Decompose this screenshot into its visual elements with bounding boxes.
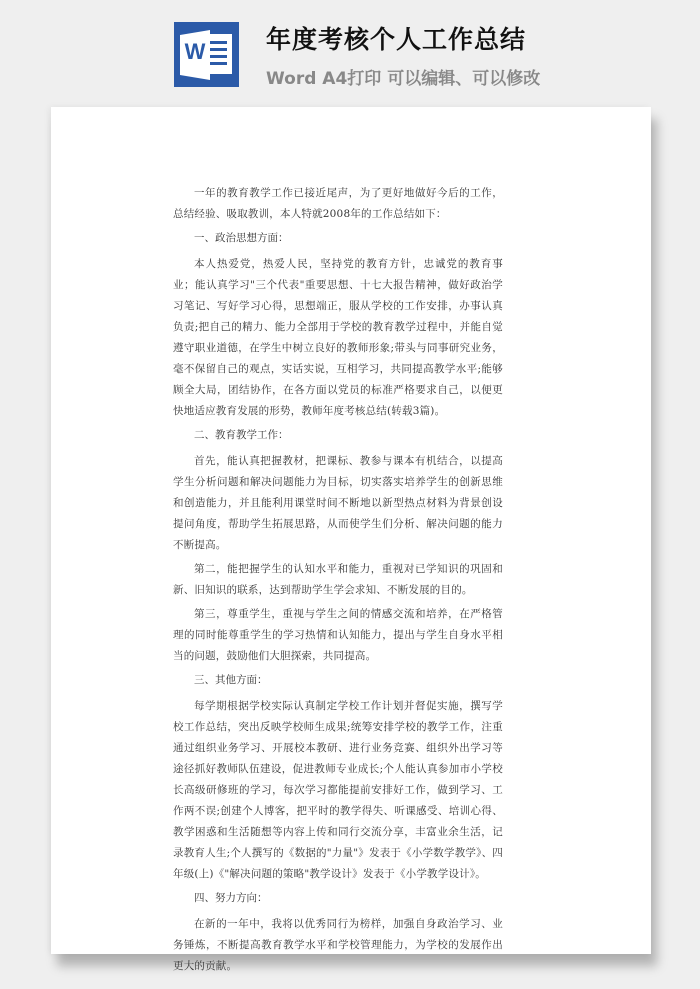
paragraph: 每学期根据学校实际认真制定学校工作计划并督促实施，撰写学校工作总结，突出反映学校… — [173, 696, 503, 885]
document-body: 一年的教育教学工作已接近尾声，为了更好地做好今后的工作，总结经验、吸取教训，本人… — [173, 183, 503, 980]
paragraph: 本人热爱党，热爱人民，坚持党的教育方针，忠诚党的教育事业；能认真学习"三个代表"… — [173, 254, 503, 422]
section-heading-other: 三、其他方面： — [173, 670, 503, 691]
paragraph: 第三，尊重学生，重视与学生之间的情感交流和培养，在严格管理的同时能尊重学生的学习… — [173, 604, 503, 667]
banner-subtitle: Word A4打印 可以编辑、可以修改 — [266, 64, 540, 89]
paragraph: 在新的一年中，我将以优秀同行为榜样，加强自身政治学习、业务锤炼，不断提高教育教学… — [173, 914, 503, 977]
section-heading-direction: 四、努力方向： — [173, 888, 503, 909]
word-w-letter: W — [182, 39, 208, 65]
banner-title: 年度考核个人工作总结 — [266, 20, 526, 56]
section-heading-teaching: 二、教育教学工作： — [173, 425, 503, 446]
paragraph: 首先，能认真把握教材，把课标、教参与课本有机结合，以提高学生分析问题和解决问题能… — [173, 451, 503, 556]
banner-header: W 年度考核个人工作总结 Word A4打印 可以编辑、可以修改 — [0, 0, 700, 100]
word-document-icon: W — [174, 22, 239, 87]
document-page: 一年的教育教学工作已接近尾声，为了更好地做好今后的工作，总结经验、吸取教训，本人… — [51, 107, 651, 954]
section-heading-politics: 一、政治思想方面： — [173, 228, 503, 249]
intro-paragraph: 一年的教育教学工作已接近尾声，为了更好地做好今后的工作，总结经验、吸取教训，本人… — [173, 183, 503, 225]
paragraph: 第二，能把握学生的认知水平和能力，重视对已学知识的巩固和新、旧知识的联系，达到帮… — [173, 559, 503, 601]
